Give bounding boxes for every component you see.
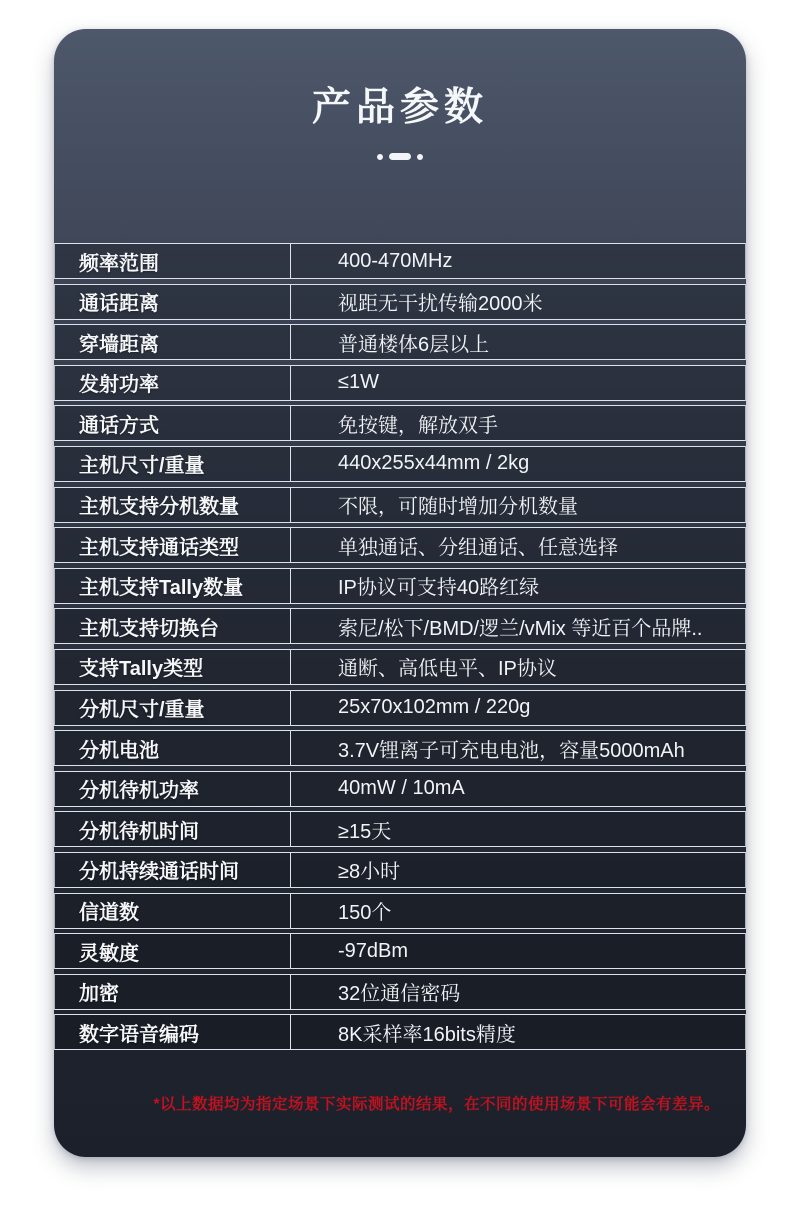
spec-label: 分机尺寸/重量 — [55, 691, 291, 725]
table-row: 通话距离 视距无干扰传输2000米 — [54, 284, 746, 320]
spec-value: 440x255x44mm / 2kg — [291, 447, 745, 481]
spec-value: ≤1W — [291, 366, 745, 400]
table-row: 分机持续通话时间 ≥8小时 — [54, 852, 746, 888]
table-row: 穿墙距离 普通楼体6层以上 — [54, 324, 746, 360]
spec-label: 数字语音编码 — [55, 1015, 291, 1049]
divider-dash-icon — [389, 153, 411, 160]
spec-label: 通话方式 — [55, 406, 291, 440]
table-row: 频率范围 400-470MHz — [54, 243, 746, 279]
spec-value: 3.7V锂离子可充电电池，容量5000mAh — [291, 731, 745, 765]
table-row: 信道数 150个 — [54, 893, 746, 929]
spec-value: 150个 — [291, 894, 745, 928]
spec-value: 400-470MHz — [291, 244, 745, 278]
table-row: 支持Tally类型 通断、高低电平、IP协议 — [54, 649, 746, 685]
spec-value: -97dBm — [291, 934, 745, 968]
spec-label: 灵敏度 — [55, 934, 291, 968]
table-row: 主机支持切换台 索尼/松下/BMD/逻兰/vMix 等近百个品牌.. — [54, 608, 746, 644]
table-row: 主机支持Tally数量 IP协议可支持40路红绿 — [54, 568, 746, 604]
table-row: 通话方式 免按键，解放双手 — [54, 405, 746, 441]
page: { "theme": { "page_bg": "#ffffff", "card… — [0, 0, 800, 1217]
spec-label: 通话距离 — [55, 285, 291, 319]
table-row: 分机尺寸/重量 25x70x102mm / 220g — [54, 690, 746, 726]
spec-label: 穿墙距离 — [55, 325, 291, 359]
spec-value: 免按键，解放双手 — [291, 406, 745, 440]
spec-label: 发射功率 — [55, 366, 291, 400]
spec-label: 分机待机功率 — [55, 772, 291, 806]
product-spec-card: 产品参数 频率范围 400-470MHz 通话距离 视距无干扰传输2000米 穿… — [54, 29, 746, 1157]
spec-label: 主机支持Tally数量 — [55, 569, 291, 603]
table-row: 主机支持分机数量 不限，可随时增加分机数量 — [54, 487, 746, 523]
spec-label: 加密 — [55, 975, 291, 1009]
spec-value: 不限，可随时增加分机数量 — [291, 488, 745, 522]
table-row: 主机支持通话类型 单独通话、分组通话、任意选择 — [54, 527, 746, 563]
spec-label: 分机待机时间 — [55, 812, 291, 846]
spec-value: ≥8小时 — [291, 853, 745, 887]
spec-value: 40mW / 10mA — [291, 772, 745, 806]
spec-table: 频率范围 400-470MHz 通话距离 视距无干扰传输2000米 穿墙距离 普… — [54, 243, 746, 1050]
page-title: 产品参数 — [54, 29, 746, 134]
spec-value: 索尼/松下/BMD/逻兰/vMix 等近百个品牌.. — [291, 609, 745, 643]
table-row: 数字语音编码 8K采样率16bits精度 — [54, 1014, 746, 1050]
spec-value: 单独通话、分组通话、任意选择 — [291, 528, 745, 562]
table-row: 主机尺寸/重量 440x255x44mm / 2kg — [54, 446, 746, 482]
spec-value: 普通楼体6层以上 — [291, 325, 745, 359]
table-row: 分机待机时间 ≥15天 — [54, 811, 746, 847]
table-row: 发射功率 ≤1W — [54, 365, 746, 401]
spec-value: 25x70x102mm / 220g — [291, 691, 745, 725]
table-row: 加密 32位通信密码 — [54, 974, 746, 1010]
spec-value: IP协议可支持40路红绿 — [291, 569, 745, 603]
table-row: 分机待机功率 40mW / 10mA — [54, 771, 746, 807]
spec-label: 分机电池 — [55, 731, 291, 765]
title-divider-ornament — [54, 153, 746, 160]
spec-value: 8K采样率16bits精度 — [291, 1015, 745, 1049]
spec-label: 支持Tally类型 — [55, 650, 291, 684]
table-row: 灵敏度 -97dBm — [54, 933, 746, 969]
divider-dot-left-icon — [377, 154, 383, 160]
spec-label: 主机支持通话类型 — [55, 528, 291, 562]
spec-value: 视距无干扰传输2000米 — [291, 285, 745, 319]
spec-label: 主机尺寸/重量 — [55, 447, 291, 481]
spec-label: 主机支持分机数量 — [55, 488, 291, 522]
divider-dot-right-icon — [417, 154, 423, 160]
spec-value: 通断、高低电平、IP协议 — [291, 650, 745, 684]
spec-label: 信道数 — [55, 894, 291, 928]
table-row: 分机电池 3.7V锂离子可充电电池，容量5000mAh — [54, 730, 746, 766]
spec-value: 32位通信密码 — [291, 975, 745, 1009]
spec-value: ≥15天 — [291, 812, 745, 846]
disclaimer-note: *以上数据均为指定场景下实际测试的结果，在不同的使用场景下可能会有差异。 — [54, 1092, 746, 1114]
spec-label: 频率范围 — [55, 244, 291, 278]
spec-label: 分机持续通话时间 — [55, 853, 291, 887]
spec-label: 主机支持切换台 — [55, 609, 291, 643]
